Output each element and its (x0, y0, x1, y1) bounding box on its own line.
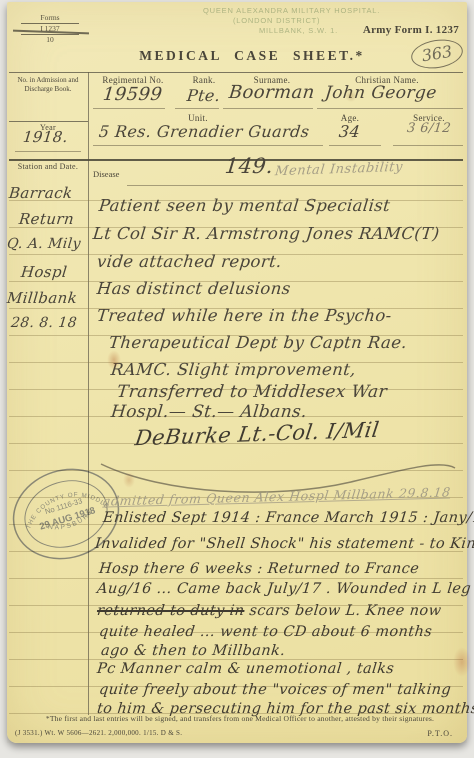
admission-book-label: No. in Admission and Discharge Book. (9, 76, 87, 93)
case-note-line: vide attached report. (96, 252, 283, 271)
hospital-stamp-line1: QUEEN ALEXANDRA MILITARY HOSPITAL. (203, 6, 380, 15)
field-underline (317, 108, 463, 109)
left-column-divider (9, 121, 88, 122)
rank-value: Pte. (186, 86, 221, 105)
field-underline (223, 108, 313, 109)
field-underline (93, 145, 323, 146)
medical-case-sheet-paper: Forms I 1237 10 QUEEN ALEXANDRA MILITARY… (7, 2, 467, 743)
footer-note: *The first and last entries will be sign… (23, 714, 457, 723)
margin-entry: Barrack (8, 184, 73, 202)
margin-entry: Millbank (6, 289, 78, 307)
history-line: quite freely about the "voices of men" t… (98, 682, 452, 698)
scanned-document: Forms I 1237 10 QUEEN ALEXANDRA MILITARY… (0, 0, 474, 758)
history-line: Enlisted Sept 1914 : France March 1915 :… (102, 510, 474, 526)
hospital-stamp-line2: (LONDON DISTRICT) (233, 16, 320, 25)
case-note-line: Lt Col Sir R. Armstrong Jones RAMC(T) (92, 224, 441, 243)
history-line: Hosp there 6 weeks : Returned to France (98, 561, 420, 577)
case-note-line: RAMC. Slight improvement, (110, 360, 357, 379)
case-note-line: Hospl.— St.— Albans. (110, 402, 308, 422)
table-top-line (9, 72, 463, 73)
margin-entry: 28. 8. 18 (10, 315, 78, 331)
hospital-stamp-line3: MILLBANK, S.W. 1. (259, 26, 338, 35)
forms-reference-box: Forms I 1237 10 (21, 13, 79, 45)
page-title: MEDICAL CASE SHEET.* (132, 48, 372, 64)
history-line-with-strike: returned to duty in scars below L. Knee … (96, 603, 442, 619)
age-value: 34 (338, 122, 361, 141)
unit-value: 5 Res. Grenadier Guards (98, 122, 310, 141)
field-underline (93, 108, 165, 109)
forms-box-line1: Forms (21, 13, 79, 24)
regimental-no-value: 19599 (102, 84, 163, 105)
printer-imprint: (J 3531.) Wt. W 5606—2621. 2,000,000. 1/… (15, 729, 182, 737)
field-underline (175, 108, 219, 109)
case-note-line: Patient seen by mental Specialist (98, 196, 391, 215)
history-line: Invalided for "Shell Shock" his statemen… (94, 536, 474, 552)
history-line: Pc Manner calm & unemotional , talks (96, 661, 395, 677)
history-line: Aug/16 ... Came back July/17 . Wounded i… (96, 581, 472, 597)
forms-box-line3: 10 (21, 35, 79, 45)
army-form-number: Army Form I. 1237 (363, 24, 459, 36)
case-number-annotation: 363 (409, 36, 465, 72)
disease-number-value: 149. (224, 154, 275, 178)
disease-label: Disease (93, 169, 119, 179)
christian-name-value: John George (324, 83, 438, 103)
history-after-strike: scars below L. Knee now (244, 603, 443, 619)
rank-label: Rank. (179, 75, 229, 85)
history-struck-text: returned to duty in (96, 603, 245, 619)
margin-entry: Q. A. Mily (6, 236, 82, 252)
field-underline (393, 145, 463, 146)
margin-entry: Hospl (20, 263, 68, 281)
case-note-line: Treated while here in the Psycho- (96, 306, 393, 325)
pto-label: P.T.O. (427, 729, 453, 738)
case-note-line: Transferred to Middlesex War (116, 382, 388, 402)
disease-underline (127, 185, 463, 186)
station-and-date-label: Station and Date. (9, 162, 87, 172)
year-underline (15, 151, 81, 152)
case-note-line: Therapeutical Dept by Captn Rae. (108, 333, 408, 352)
field-underline (329, 145, 381, 146)
case-note-line: Has distinct delusions (96, 279, 292, 298)
surname-value: Boorman (228, 82, 316, 103)
service-value: 3 6/12 (406, 121, 452, 136)
margin-entry: Return (18, 210, 75, 228)
history-line: quite healed ... went to CD about 6 mont… (98, 624, 433, 640)
history-line: ago & then to Millbank. (100, 643, 286, 659)
year-value: 1918. (22, 128, 69, 146)
